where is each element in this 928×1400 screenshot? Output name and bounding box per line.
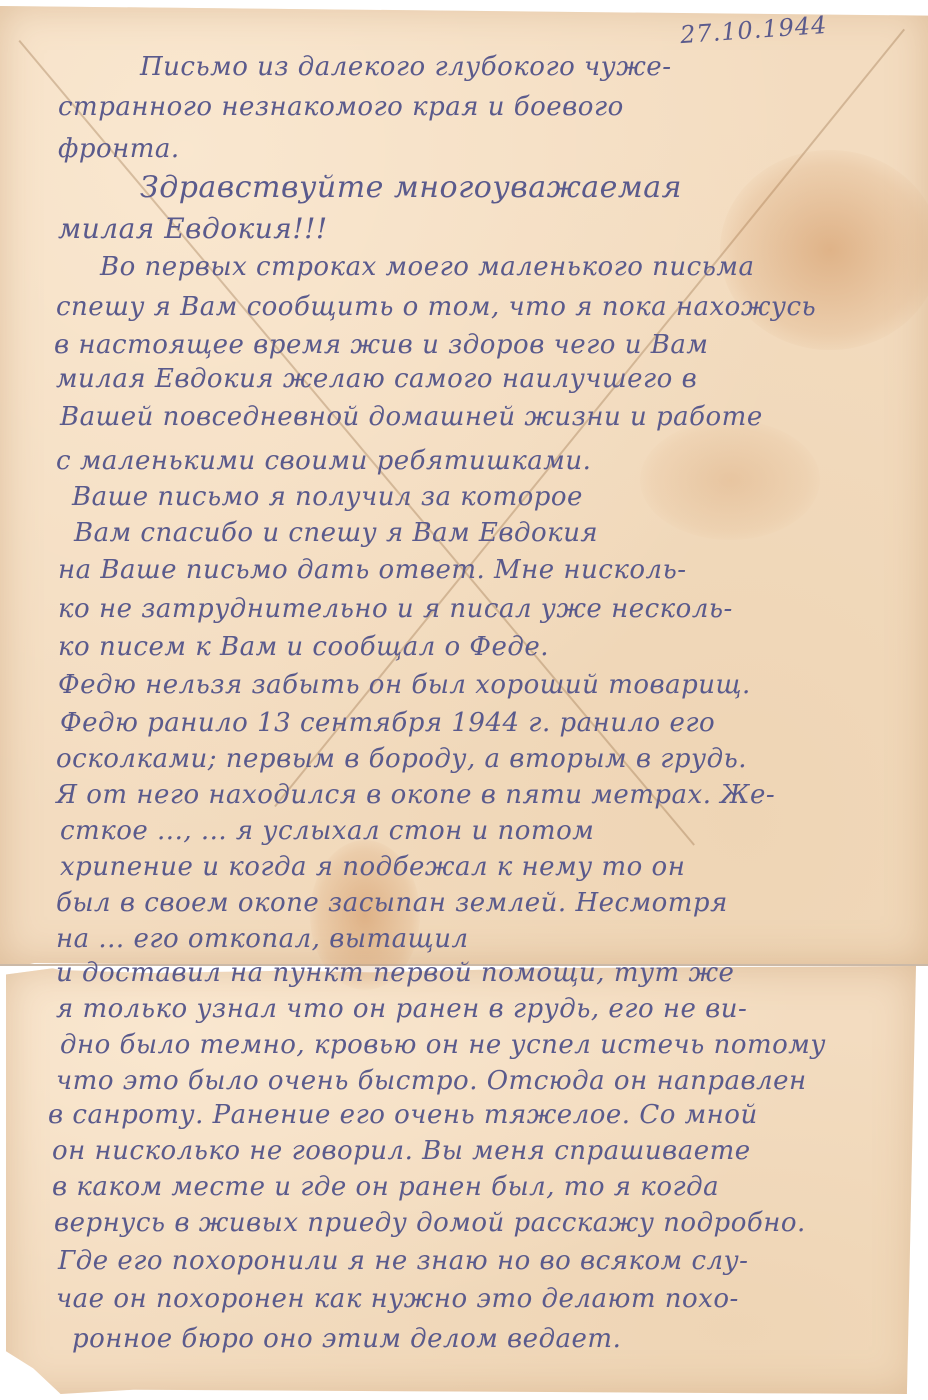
letter-line: Где его похоронили я не знаю но во всяко… xyxy=(58,1246,748,1276)
letter-line: осколками; первым в бороду, а вторым в г… xyxy=(56,744,747,774)
letter-line: в санроту. Ранение его очень тяжелое. Со… xyxy=(48,1100,758,1130)
letter-line: что это было очень быстро. Отсюда он нап… xyxy=(56,1066,807,1096)
letter-line: Во первых строках моего маленького письм… xyxy=(100,252,754,282)
letter-line: на Ваше письмо дать ответ. Мне нисколь- xyxy=(58,555,687,585)
letter-line: милая Евдокия желаю самого наилучшего в xyxy=(56,364,697,394)
letter-line: Я от него находился в окопе в пяти метра… xyxy=(56,780,775,810)
letter-line: фронта. xyxy=(58,134,180,164)
letter-line: сткое ..., ... я услыхал стон и потом xyxy=(60,816,594,846)
letter-line: в настоящее время жив и здоров чего и Ва… xyxy=(54,330,708,360)
letter-line: хрипение и когда я подбежал к нему то он xyxy=(60,852,685,882)
letter-line: Вашей повседневной домашней жизни и рабо… xyxy=(60,402,763,432)
letter-line: милая Евдокия!!! xyxy=(58,212,328,245)
letter-line: я только узнал что он ранен в грудь, его… xyxy=(56,994,747,1024)
letter-line: чае он похоронен как нужно это делают по… xyxy=(56,1284,739,1314)
letter-line: с маленькими своими ребятишками. xyxy=(56,446,591,476)
letter-line: Письмо из далекого глубокого чуже- xyxy=(140,52,671,82)
letter-line: спешу я Вам сообщить о том, что я пока н… xyxy=(56,292,816,322)
letter-line: на ... его откопал, вытащил xyxy=(56,924,469,954)
letter-line: Вам спасибо и спешу я Вам Евдокия xyxy=(74,518,598,548)
letter-line: Федю нельзя забыть он был хороший товари… xyxy=(58,670,751,700)
letter-line: дно было темно, кровью он не успел истеч… xyxy=(60,1030,826,1060)
letter-date: 27.10.1944 xyxy=(679,11,828,49)
letter-line: был в своем окопе засыпан землей. Несмот… xyxy=(56,888,728,918)
letter-line: вернусь в живых приеду домой расскажу по… xyxy=(54,1208,806,1238)
letter-line: ко не затруднительно и я писал уже неско… xyxy=(58,594,733,624)
letter-line: ронное бюро оно этим делом ведает. xyxy=(72,1324,621,1354)
letter-line: ко писем к Вам и сообщал о Феде. xyxy=(58,632,549,662)
letter-line: Здравствуйте многоуважаемая xyxy=(140,170,682,205)
letter-line: Ваше письмо я получил за которое xyxy=(72,482,583,512)
letter-text: 27.10.1944 Письмо из далекого глубокого … xyxy=(0,0,928,1400)
letter-line: в каком месте и где он ранен был, то я к… xyxy=(52,1172,719,1202)
letter-line: и доставил на пункт первой помощи, тут ж… xyxy=(56,958,734,988)
letter-line: Федю ранило 13 сентября 1944 г. ранило е… xyxy=(60,708,715,738)
letter-line: странного незнакомого края и боевого xyxy=(58,92,624,122)
letter-line: он нисколько не говорил. Вы меня спрашив… xyxy=(52,1136,751,1166)
letter-page: 27.10.1944 Письмо из далекого глубокого … xyxy=(0,0,928,1400)
